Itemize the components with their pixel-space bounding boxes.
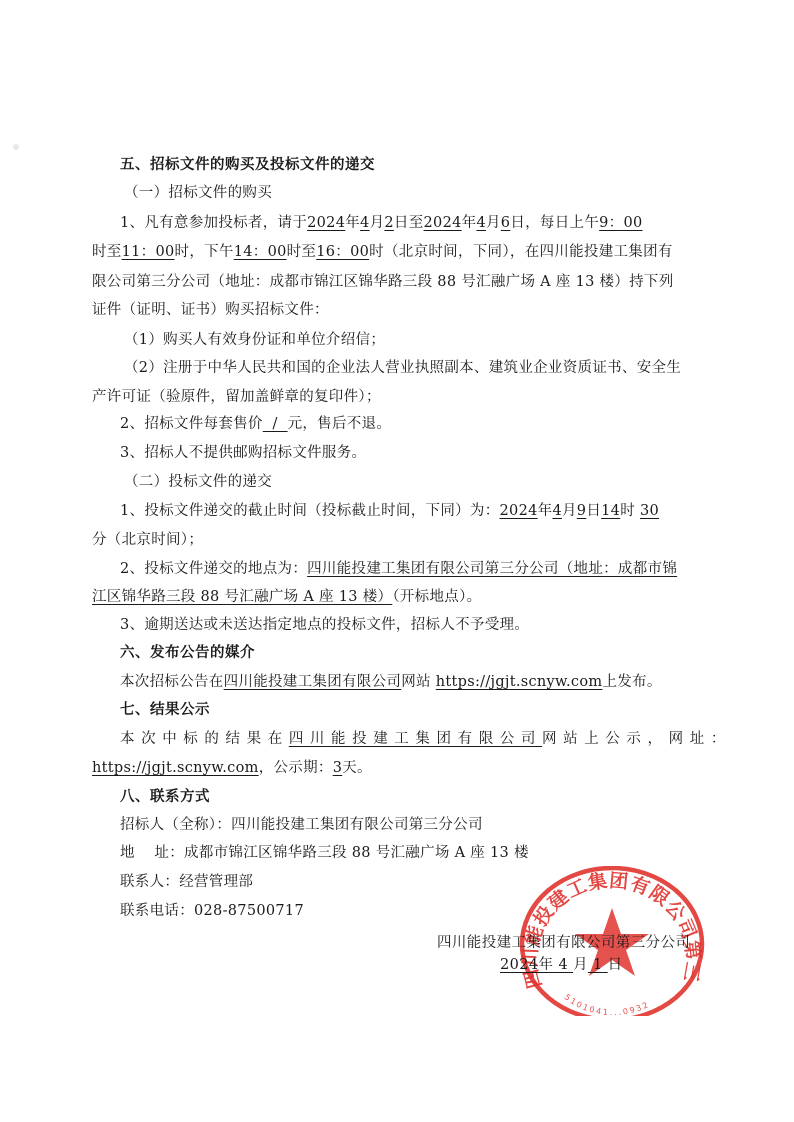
result-line-2: https://jgjt.scnyw.com，公示期：3天。 [92,758,372,778]
result-url-link[interactable]: https://jgjt.scnyw.com [92,760,259,776]
purchase-docs-line: 证件（证明、证书）购买招标文件： [92,300,329,320]
deadline-line-1: 1、投标文件递交的截止时间（投标截止时间，下同）为：2024年4月9日14时 3… [120,501,659,521]
start-year: 2024 [307,215,345,231]
scan-speck [10,140,22,154]
no-mail-order-line: 3、招标人不提供邮购招标文件服务。 [120,443,366,463]
publish-media-line: 本次招标公告在四川能投建工集团有限公司网站 https://jgjt.scnyw… [120,672,662,692]
subsection-1-heading: （一）招标文件的购买 [124,183,272,203]
deadline-line-2: 分（北京时间）； [92,530,203,550]
location-line-1: 2、投标文件递交的地点为：四川能投建工集团有限公司第三分公司（地址：成都市锦 [120,559,677,579]
requirement-2-line-2: 产许可证（验原件，留加盖鲜章的复印件）； [92,387,381,407]
publish-url-link[interactable]: https://jgjt.scnyw.com [436,674,603,690]
phone-line: 联系电话：028-87500717 [120,901,304,921]
signature-company: 四川能投建工集团有限公司第三分公司 [437,931,690,952]
section-8-heading: 八、联系方式 [120,787,210,807]
tenderer-line: 招标人（全称）：四川能投建工集团有限公司第三分公司 [120,815,483,835]
purchase-address-line: 限公司第三分公司（地址：成都市锦江区锦华路三段 88 号汇融广场 A 座 13 … [92,272,674,292]
end-year: 2024 [424,215,462,231]
price-value: / [263,416,288,432]
signature-date: 2024年 4 月 1 日 [500,953,623,974]
section-7-heading: 七、结果公示 [120,700,210,720]
purchase-time-line-2: 时至11：00时，下午14：00时至16：00时（北京时间，下同），在四川能投建… [92,242,673,262]
late-submission-line: 3、逾期送达或未送达指定地点的投标文件，招标人不予受理。 [120,615,529,635]
section-5-heading: 五、招标文件的购买及投标文件的递交 [120,155,375,175]
result-line-1: 本次中标的结果在四川能投建工集团有限公司网站上公示，网址： [120,729,732,749]
section-6-heading: 六、发布公告的媒介 [120,643,255,663]
requirement-2-line-1: （2）注册于中华人民共和国的企业法人营业执照副本、建筑业企业资质证书、安全生 [124,358,681,378]
location-line-2: 江区锦华路三段 88 号汇融广场 A 座 13 楼）（开标地点）。 [92,587,481,607]
subsection-2-heading: （二）投标文件的递交 [124,472,272,492]
contact-line: 联系人：经营管理部 [120,872,253,892]
requirement-1: （1）购买人有效身份证和单位介绍信； [124,330,385,350]
svg-text:5101041...0932: 5101041...0932 [563,992,652,1016]
address-line: 地 址：成都市锦江区锦华路三段 88 号汇融广场 A 座 13 楼 [120,843,529,863]
price-line: 2、招标文件每套售价 / 元，售后不退。 [120,414,391,434]
purchase-time-line-1: 1、凡有意参加投标者，请于2024年4月2日至2024年4月6日，每日上午9：0… [120,213,643,233]
